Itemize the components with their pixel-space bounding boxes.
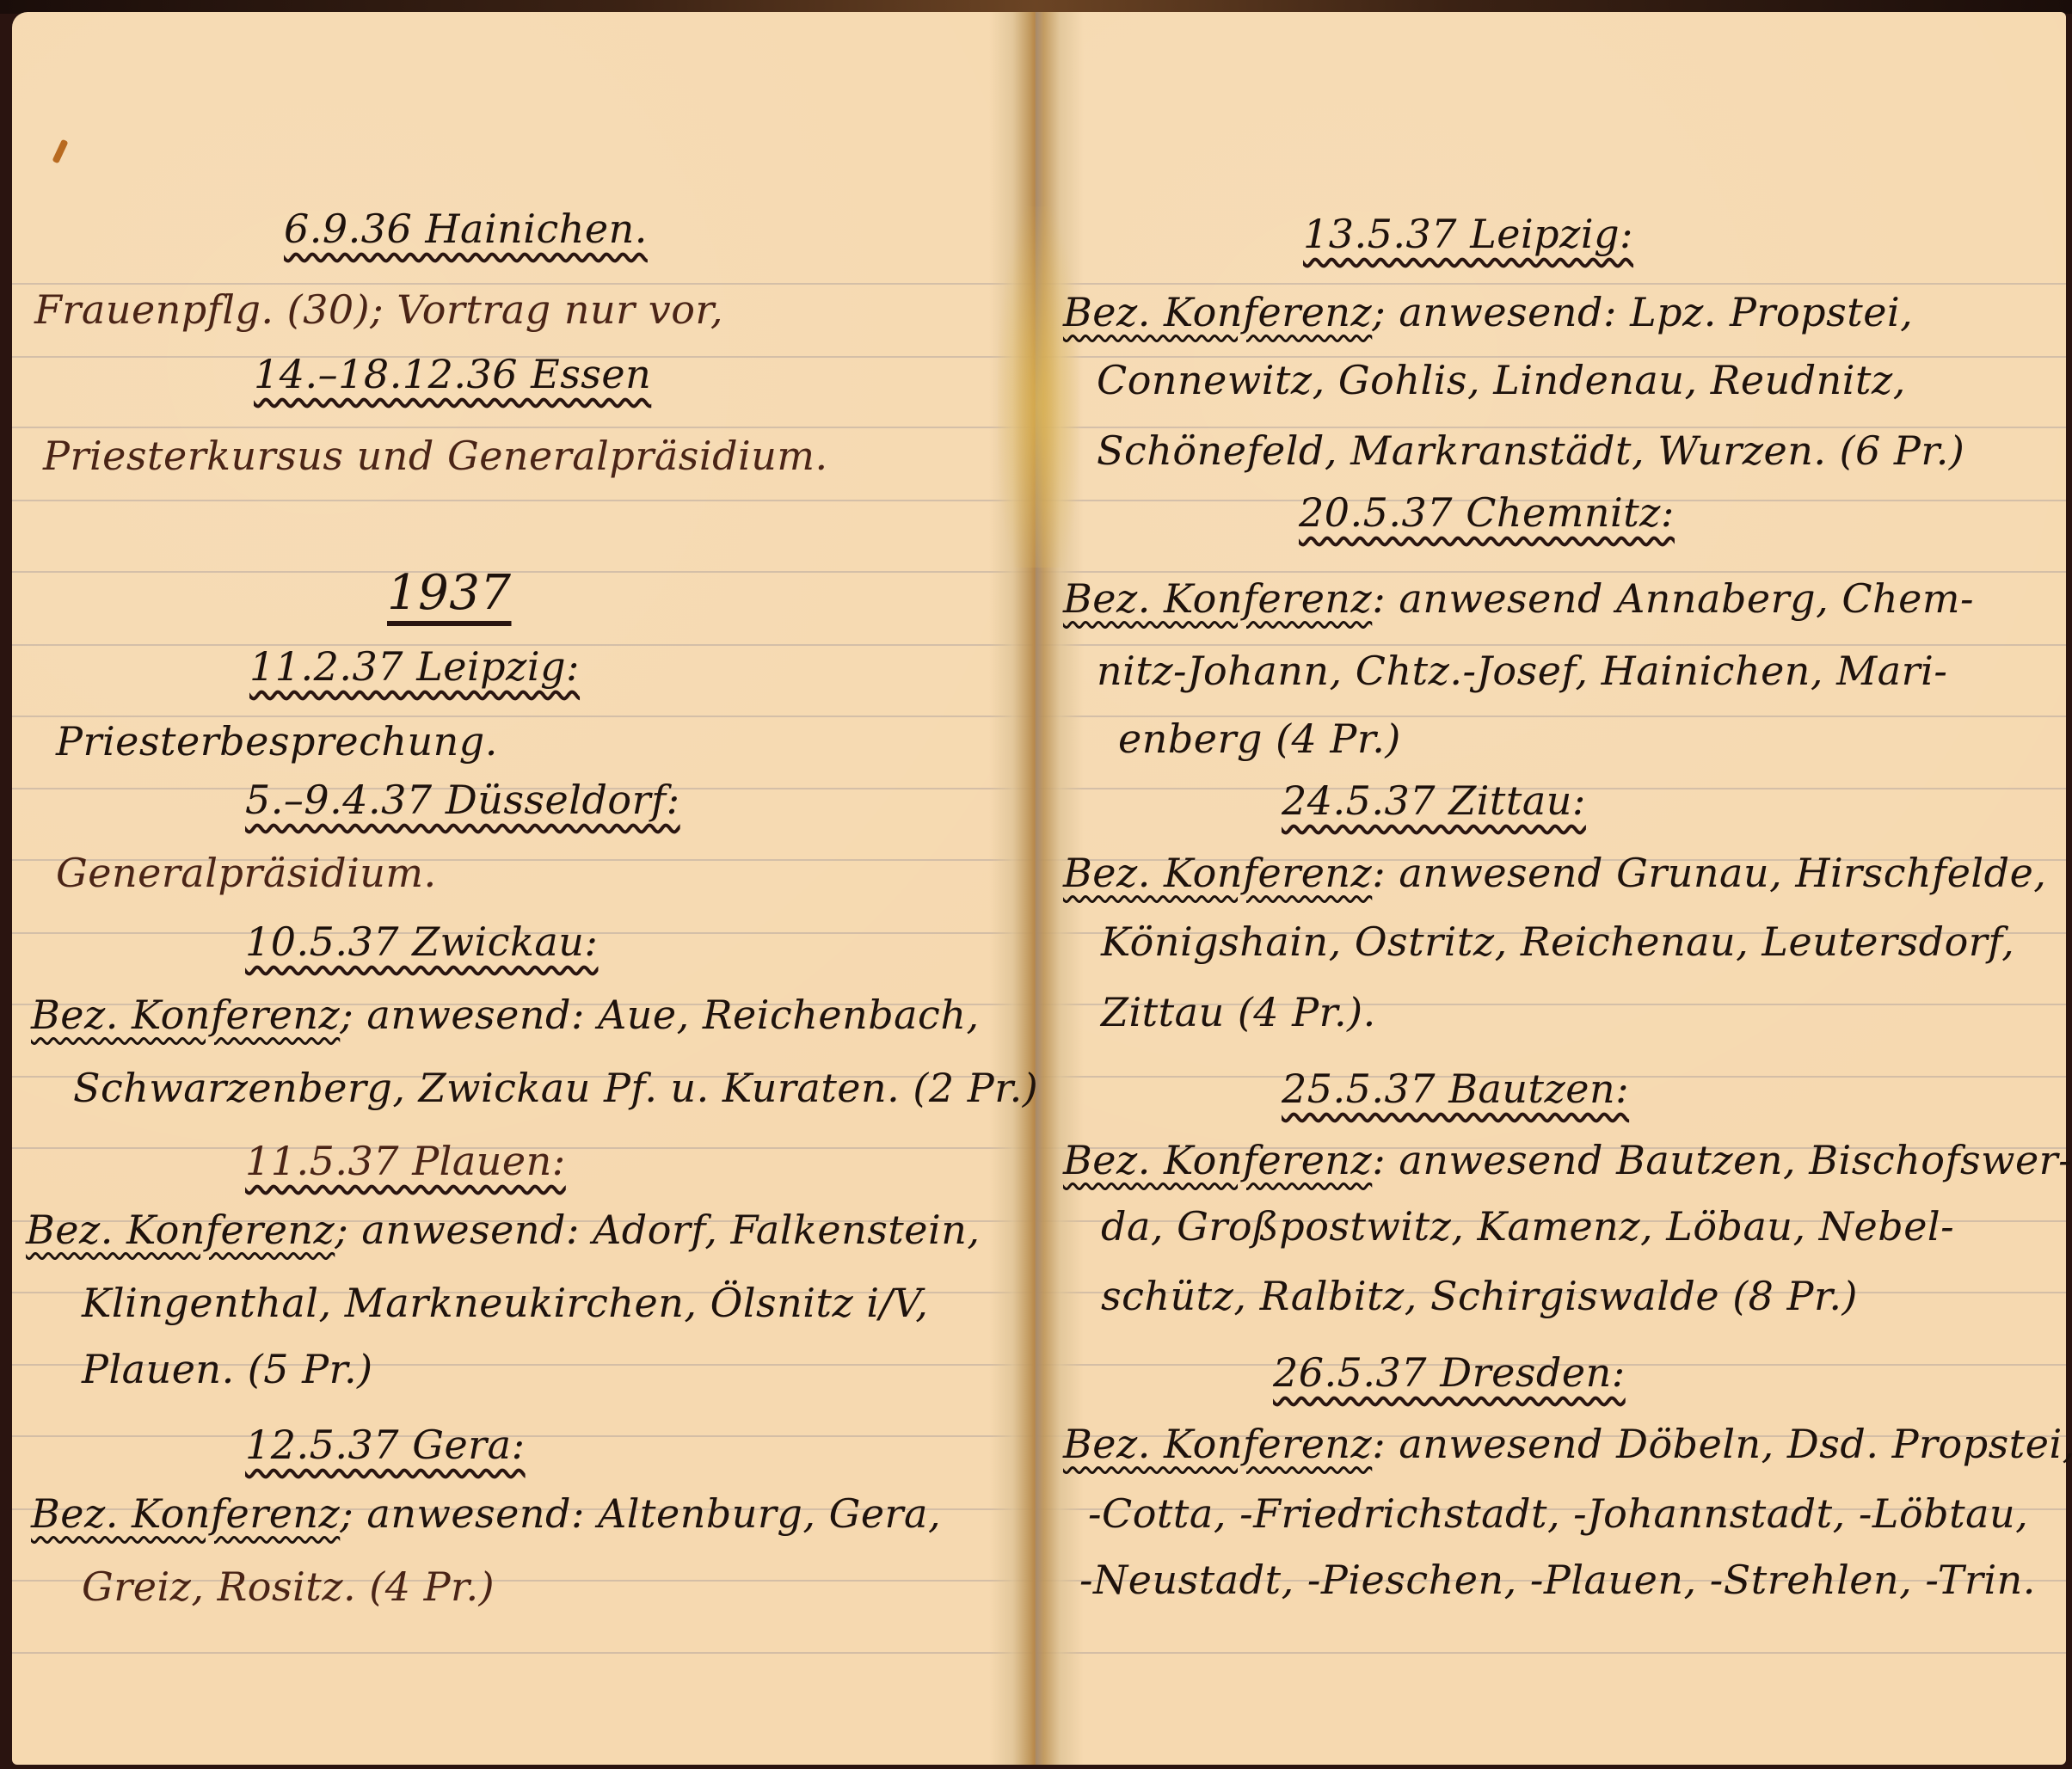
entry-heading: 11.2.37 Leipzig: [249,641,580,692]
entry-heading: 13.5.37 Leipzig: [1303,208,1633,260]
entry-text: -Neustadt, -Pieschen, -Plauen, -Strehlen… [1079,1554,2036,1606]
entry-text: Klingenthal, Markneukirchen, Ölsnitz i/V… [82,1277,928,1329]
ruled-line [12,571,1036,573]
entry-heading: 12.5.37 Gera: [245,1419,526,1471]
entry-text: Bez. Konferenz; anwesend: Lpz. Propstei, [1063,286,1913,338]
entry-text: Schwarzenberg, Zwickau Pf. u. Kuraten. (… [73,1062,1038,1114]
conference-label: Bez. Konferenz [26,1207,335,1253]
entry-text: Plauen. (5 Pr.) [82,1343,373,1395]
ruled-line [12,427,1036,428]
entry-text: Bez. Konferenz; anwesend: Altenburg, Ger… [31,1488,941,1539]
entry-text: Königshain, Ostritz, Reichenau, Leutersd… [1101,916,2014,967]
entry-text: Connewitz, Gohlis, Lindenau, Reudnitz, [1097,354,1906,406]
entry-text-part: : anwesend Grunau, Hirschfelde, [1372,850,2046,896]
entry-text: Bez. Konferenz; anwesend: Aue, Reichenba… [31,989,980,1041]
entry-heading: 14.–18.12.36 Essen [254,348,651,400]
entry-heading: 25.5.37 Bautzen: [1282,1063,1629,1115]
entry-text: Bez. Konferenz: anwesend Döbeln, Dsd. Pr… [1063,1418,2072,1470]
entry-text: Zittau (4 Pr.). [1101,986,1376,1038]
entry-text: enberg (4 Pr.) [1118,713,1401,765]
entry-heading: 10.5.37 Zwickau: [245,916,598,967]
entry-heading: 20.5.37 Chemnitz: [1299,487,1675,538]
entry-text-part: : anwesend Döbeln, Dsd. Propstei, [1372,1421,2072,1467]
entry-text-part: ; anwesend: Adorf, Falkenstein, [335,1207,980,1253]
conference-label: Bez. Konferenz [1063,1421,1372,1467]
ink-fleck [52,139,68,164]
entry-heading: 5.–9.4.37 Düsseldorf: [245,774,680,826]
entry-text: Bez. Konferenz; anwesend: Adorf, Falkens… [26,1204,980,1256]
entry-text: Schönefeld, Markranstädt, Wurzen. (6 Pr.… [1097,425,1964,476]
conference-label: Bez. Konferenz [1063,850,1372,896]
entry-text: Bez. Konferenz: anwesend Annaberg, Chem- [1063,573,1974,624]
entry-text: -Cotta, -Friedrichstadt, -Johannstadt, -… [1088,1488,2028,1539]
entry-heading: 24.5.37 Zittau: [1282,775,1586,826]
entry-text-part: : anwesend Bautzen, Bischofswer- [1372,1137,2072,1183]
ruled-line [1037,283,2066,285]
entry-heading: 11.5.37 Plauen: [245,1135,566,1187]
entry-heading: 6.9.36 Hainichen. [284,203,648,255]
water-stain [998,206,1079,568]
entry-text: Bez. Konferenz: anwesend Grunau, Hirschf… [1063,847,2046,899]
entry-text-part: ; anwesend: Aue, Reichenbach, [340,992,979,1038]
entry-text: Priesterkursus und Generalpräsidium. [43,430,828,482]
year-heading: 1937 [387,568,512,619]
entry-text: Bez. Konferenz: anwesend Bautzen, Bischo… [1063,1134,2072,1186]
entry-text: nitz-Johann, Chtz.-Josef, Hainichen, Mar… [1097,645,1947,697]
conference-label: Bez. Konferenz [31,1490,340,1537]
ruled-line [12,500,1036,501]
conference-label: Bez. Konferenz [1063,575,1372,622]
entry-text-part: ; anwesend: Lpz. Propstei, [1372,289,1913,335]
ruled-line [1037,1652,2066,1654]
entry-text: Frauenpflg. (30); Vortrag nur vor, [34,284,723,335]
conference-label: Bez. Konferenz [31,992,340,1038]
conference-label: Bez. Konferenz [1063,1137,1372,1183]
entry-text: da, Großpostwitz, Kamenz, Löbau, Nebel- [1101,1201,1954,1252]
ruled-line [12,1652,1036,1654]
conference-label: Bez. Konferenz [1063,289,1372,335]
entry-heading: 26.5.37 Dresden: [1273,1347,1626,1398]
entry-text-part: : anwesend Annaberg, Chem- [1372,575,1974,622]
entry-text: Greiz, Rositz. (4 Pr.) [82,1561,495,1612]
entry-text: Generalpräsidium. [56,847,437,899]
entry-text: Priesterbesprechung. [56,716,498,767]
entry-text-part: ; anwesend: Altenburg, Gera, [340,1490,941,1537]
entry-text: schütz, Ralbitz, Schirgiswalde (8 Pr.) [1101,1270,1858,1322]
